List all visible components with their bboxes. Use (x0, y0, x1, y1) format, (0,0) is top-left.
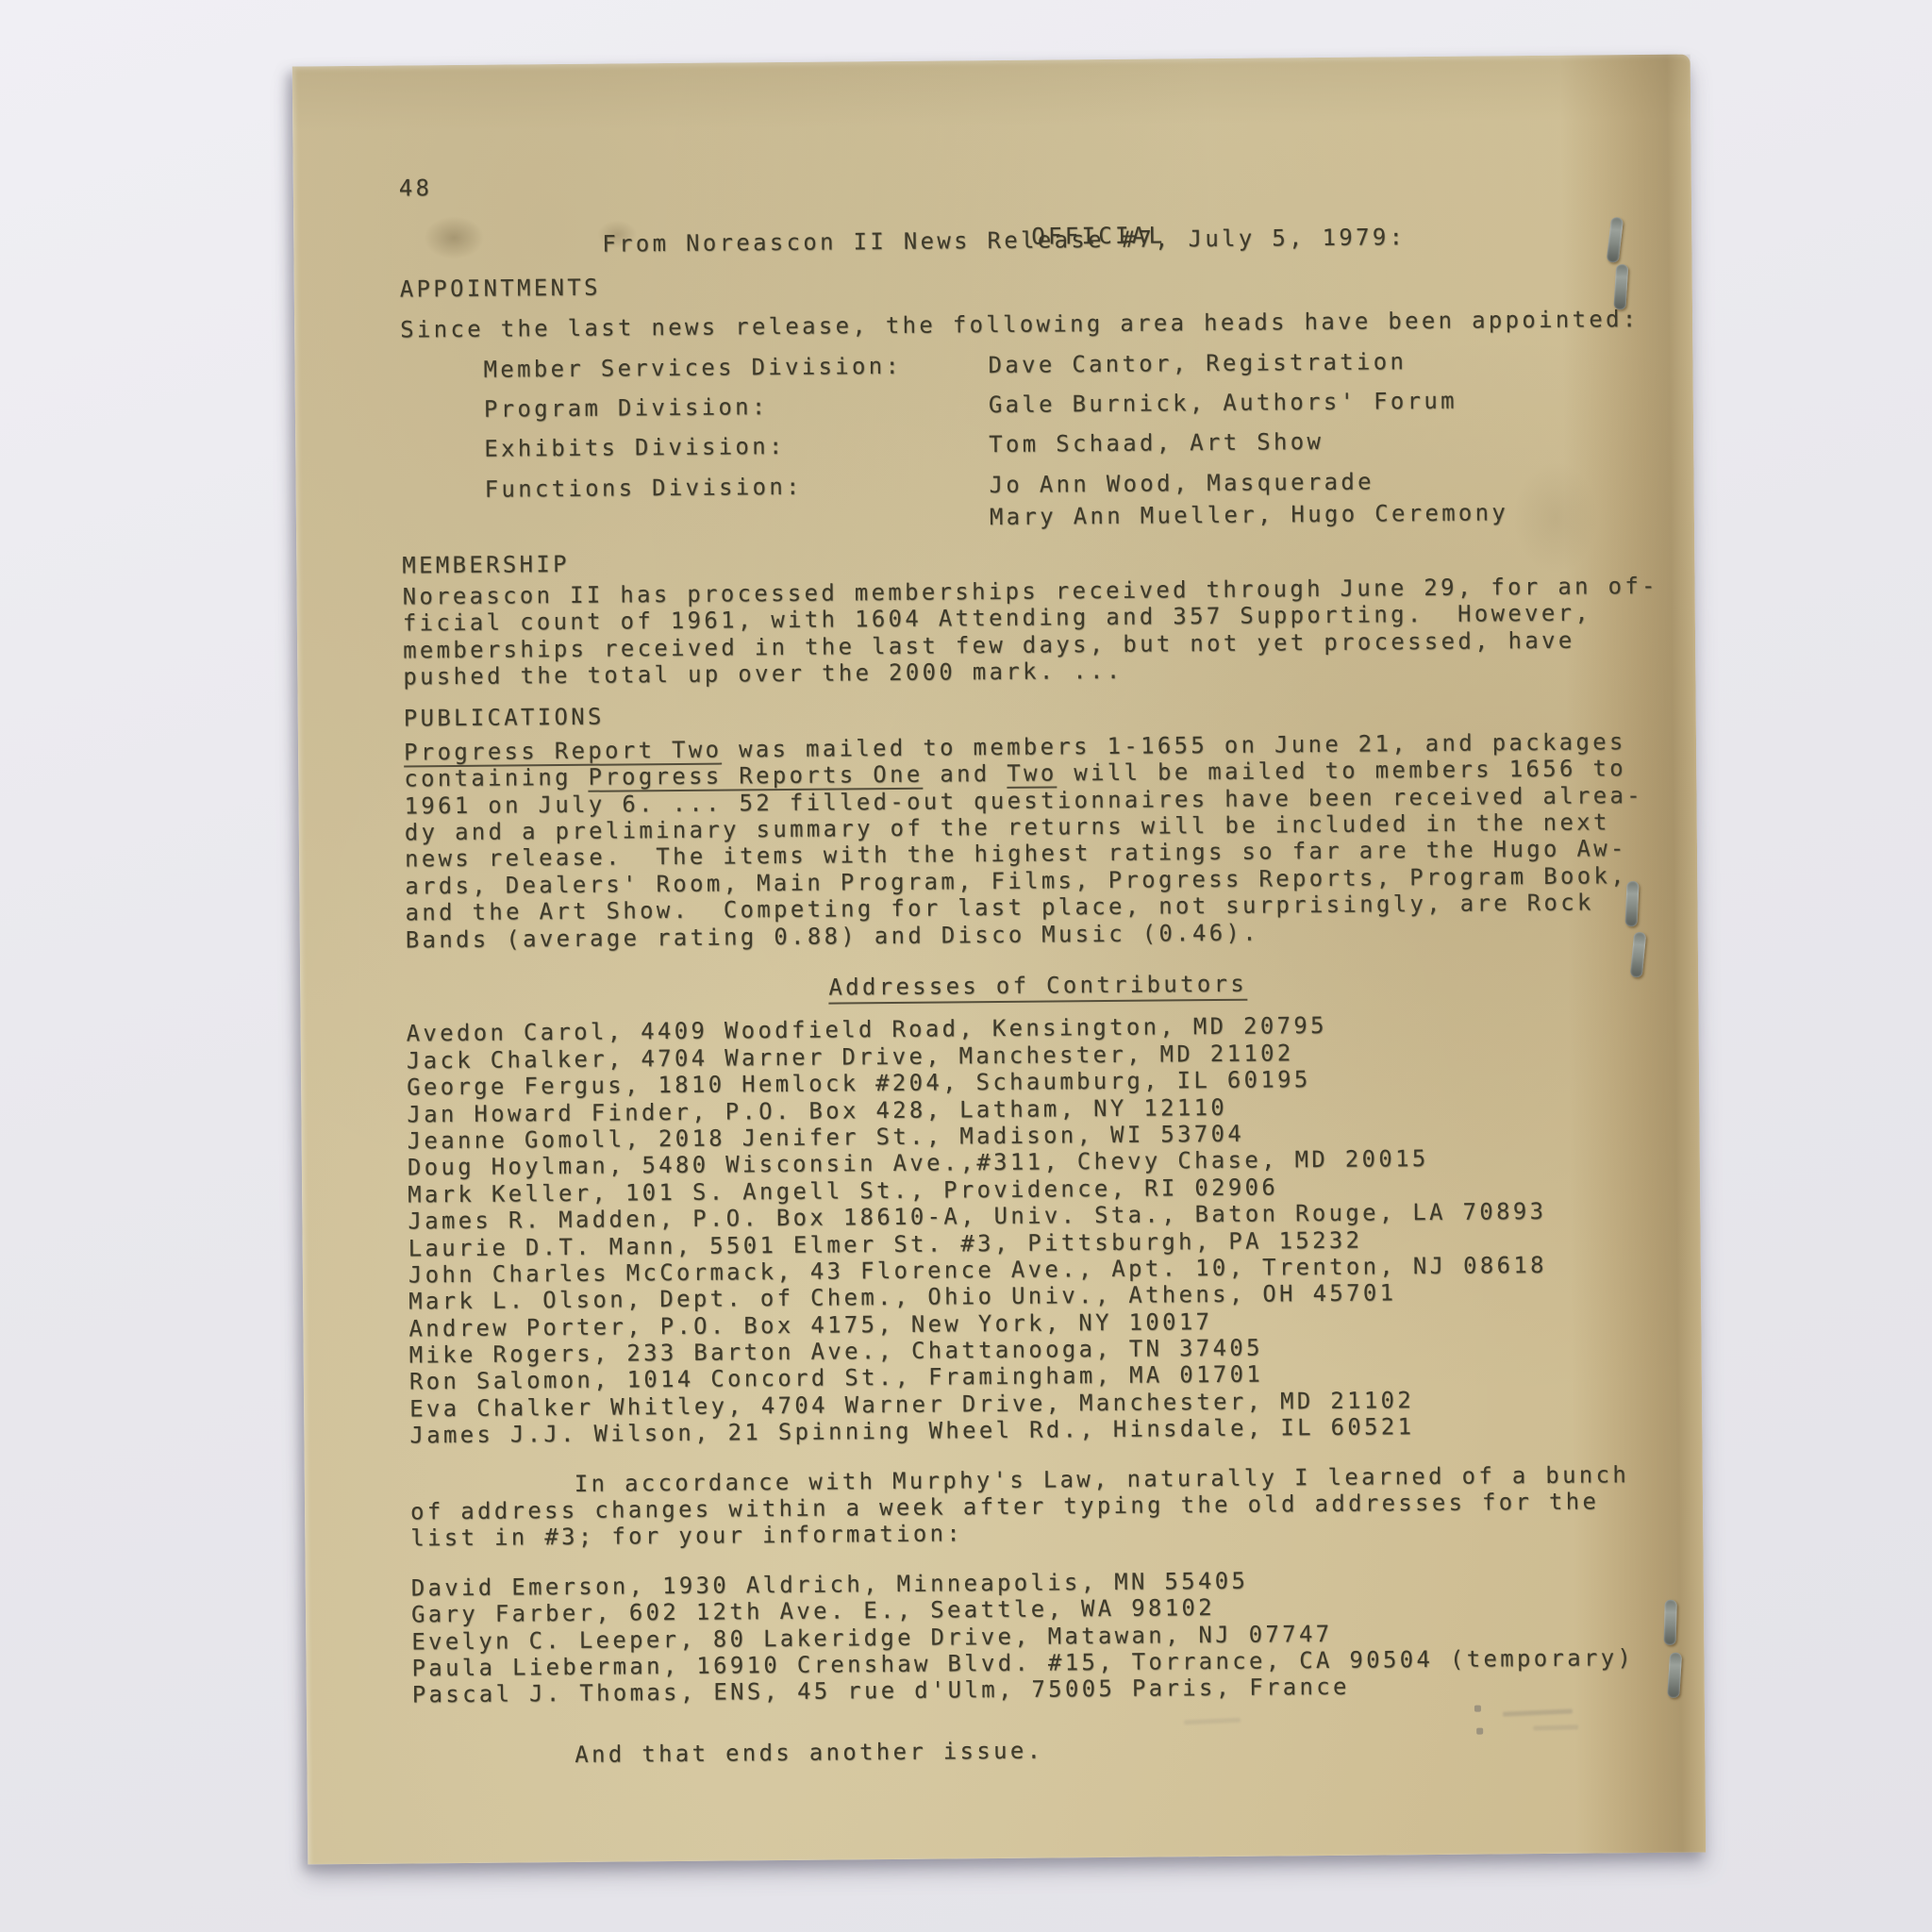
appointment-row: Functions Division: Jo Ann Wood, Masquer… (402, 466, 1666, 504)
page-number: 48 (399, 175, 433, 202)
appointment-row: Member Services Division: Dave Cantor, R… (400, 345, 1664, 383)
appointment-row: Program Division: Gale Burnick, Authors'… (401, 386, 1665, 424)
photo-background: 48 OFFICIAL From Noreascon II News Relea… (0, 0, 1932, 1932)
text-segment: containing (404, 764, 588, 792)
underlined-heading: Addresses of Contributors (828, 971, 1247, 1005)
document-page: 48 OFFICIAL From Noreascon II News Relea… (292, 55, 1707, 1865)
division-label: Exhibits Division: (484, 431, 989, 462)
page-header: 48 OFFICIAL (399, 164, 1663, 202)
appointee-name: Jo Ann Wood, Masquerade (989, 468, 1374, 498)
addresses-heading: Addresses of Contributors (406, 967, 1670, 1005)
pencil-mark (1476, 1728, 1483, 1735)
appointee-name: Tom Schaad, Art Show (989, 428, 1324, 458)
staple (1624, 881, 1639, 927)
pencil-mark (1474, 1706, 1481, 1712)
underlined-title: Progress Reports One (588, 761, 923, 792)
appointments-lead: Since the last news release, the followi… (400, 306, 1664, 343)
appointment-row: Exhibits Division: Tom Schaad, Art Show (401, 425, 1665, 463)
division-label (485, 504, 990, 535)
underlined-title: Two (1007, 760, 1058, 789)
appointee-name: Mary Ann Mueller, Hugo Ceremony (990, 499, 1508, 530)
text-segment: and (923, 760, 1007, 788)
text-segment: will be mailed to members 1656 to (1057, 755, 1626, 786)
running-head: OFFICIAL (1031, 222, 1165, 249)
section-heading-publications: PUBLICATIONS (404, 694, 1668, 732)
appointee-name: Dave Cantor, Registration (988, 348, 1407, 378)
division-label: Member Services Division: (483, 352, 988, 383)
appointment-row: Mary Ann Mueller, Hugo Ceremony (402, 498, 1666, 536)
staple (1664, 1600, 1677, 1645)
typewritten-content: 48 OFFICIAL From Noreascon II News Relea… (398, 55, 1677, 1770)
section-heading-membership: MEMBERSHIP (402, 541, 1666, 578)
division-label: Functions Division: (485, 472, 990, 503)
division-label: Program Division: (484, 391, 989, 423)
closing-line: And that ends another issue. (412, 1732, 1676, 1770)
appointee-name: Gale Burnick, Authors' Forum (989, 388, 1457, 419)
